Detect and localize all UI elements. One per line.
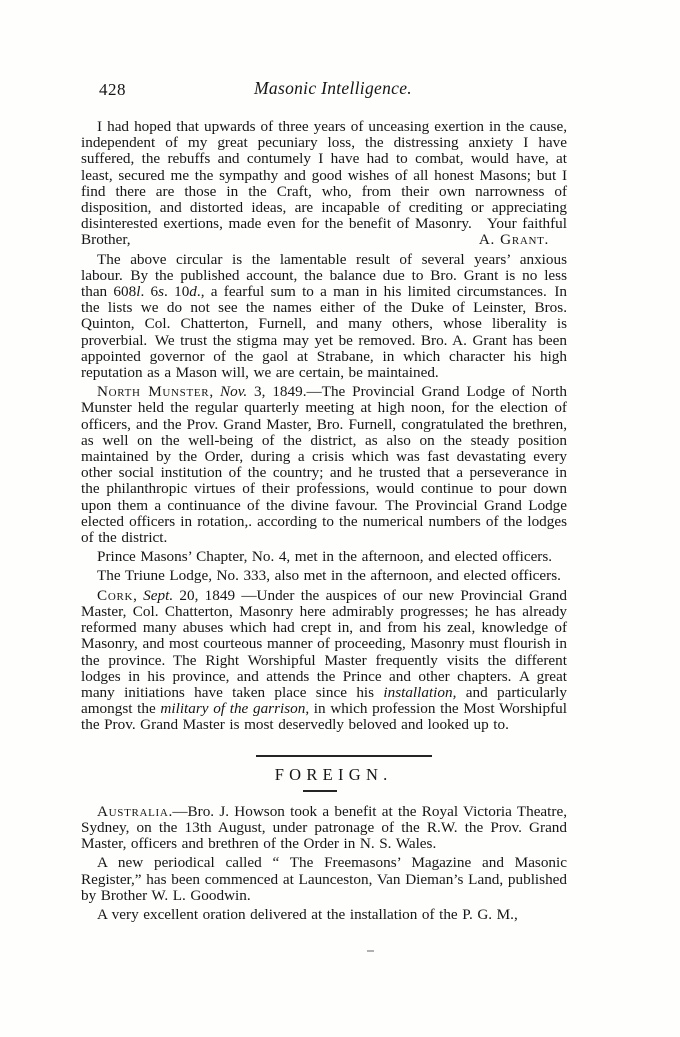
paragraph: I had hoped that upwards of three years … <box>81 119 567 249</box>
text-run: , <box>209 383 220 400</box>
foreign-section-heading: FOREIGN. <box>88 767 574 783</box>
text-run: A very excellent oration delivered at th… <box>97 906 518 923</box>
text-run: . 6 <box>140 283 158 300</box>
scanned-book-page: 428 Masonic Intelligence. I had hoped th… <box>0 0 680 1037</box>
text-run: Prince Masons’ Chapter, No. 4, met in th… <box>97 548 552 565</box>
running-title: Masonic Intelligence. <box>90 78 576 99</box>
paragraph: Cork, Sept. 20, 1849 —Under the auspices… <box>81 588 567 734</box>
paragraph: The Triune Lodge, No. 333, also met in t… <box>81 568 567 584</box>
text-run: installation, <box>383 684 456 701</box>
paragraph: A very excellent oration delivered at th… <box>81 907 567 923</box>
print-artifact-mark <box>367 950 374 952</box>
text-run: I had hoped that upwards of three years … <box>81 118 567 248</box>
text-run: military of the garrison <box>160 700 305 717</box>
text-run: . 10 <box>164 283 189 300</box>
main-section: I had hoped that upwards of three years … <box>81 119 567 734</box>
paragraph: Australia.—Bro. J. Howson took a benefit… <box>81 804 567 853</box>
text-run: 3, 1849.—The Provincial Grand Lodge of N… <box>81 383 567 546</box>
foreign-section: Australia.—Bro. J. Howson took a benefit… <box>81 804 567 923</box>
section-divider-long <box>256 755 432 757</box>
text-run: North Munster <box>97 383 209 400</box>
text-run: , <box>133 587 143 604</box>
text-run: Cork <box>97 587 133 604</box>
text-column: I had hoped that upwards of three years … <box>81 116 567 923</box>
signature: A. Grant. <box>463 232 549 248</box>
text-run: Sept. <box>143 587 173 604</box>
text-run: The Triune Lodge, No. 333, also met in t… <box>97 567 561 584</box>
paragraph: The above circular is the lamentable res… <box>81 252 567 382</box>
section-divider-short <box>303 790 337 792</box>
paragraph: North Munster, Nov. 3, 1849.—The Provinc… <box>81 384 567 546</box>
paragraph: Prince Masons’ Chapter, No. 4, met in th… <box>81 549 567 565</box>
running-head: 428 Masonic Intelligence. <box>81 78 567 104</box>
text-run: d <box>189 283 197 300</box>
text-run: A new periodical called “ The Freemasons… <box>81 854 567 903</box>
text-run: Australia <box>97 803 169 820</box>
paragraph: A new periodical called “ The Freemasons… <box>81 855 567 904</box>
text-run: Nov. <box>220 383 247 400</box>
